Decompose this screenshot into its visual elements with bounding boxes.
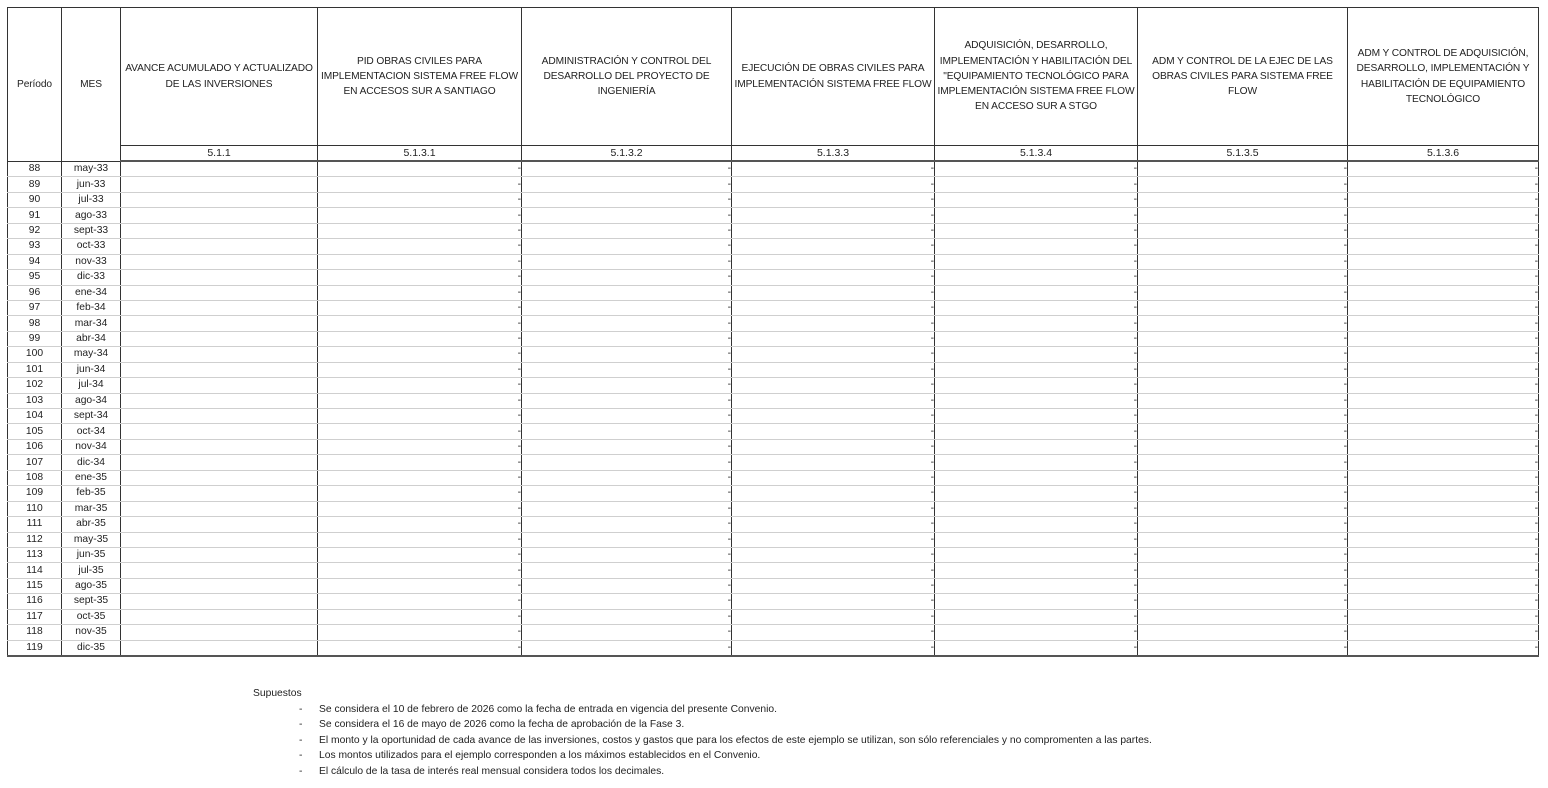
cell-value: - (1138, 578, 1348, 593)
table-row: 92sept-33------ (8, 223, 1539, 238)
cell-mes: ago-34 (62, 393, 121, 408)
cell-value: - (732, 439, 935, 454)
cell-value: - (1138, 424, 1348, 439)
cell-value (121, 331, 318, 346)
cell-value: - (318, 331, 522, 346)
cell-periodo: 112 (8, 532, 62, 547)
note-item: -El monto y la oportunidad de cada avanc… (253, 733, 1152, 749)
cell-mes: mar-35 (62, 501, 121, 516)
cell-value: - (935, 455, 1138, 470)
cell-value: - (935, 517, 1138, 532)
table-row: 94nov-33------ (8, 254, 1539, 269)
cell-value: - (318, 378, 522, 393)
cell-value: - (935, 161, 1138, 177)
cell-value (121, 393, 318, 408)
cell-mes: ago-33 (62, 208, 121, 223)
cell-value: - (732, 470, 935, 485)
cell-value: - (1348, 517, 1539, 532)
cell-value (121, 300, 318, 315)
cell-value: - (1348, 316, 1539, 331)
cell-value: - (318, 439, 522, 454)
code-5-1-3-2: 5.1.3.2 (522, 146, 732, 162)
note-item: -Los montos utilizados para el ejemplo c… (253, 748, 1152, 764)
cell-value: - (732, 300, 935, 315)
cell-mes: jun-35 (62, 547, 121, 562)
table-row: 103ago-34------ (8, 393, 1539, 408)
cell-value (121, 578, 318, 593)
cell-value (121, 547, 318, 562)
cell-value: - (1138, 177, 1348, 192)
cell-value: - (1348, 223, 1539, 238)
cell-value: - (1348, 424, 1539, 439)
cell-mes: dic-33 (62, 270, 121, 285)
cell-value: - (1138, 439, 1348, 454)
cell-value (121, 563, 318, 578)
cell-periodo: 115 (8, 578, 62, 593)
bullet-dash: - (299, 702, 302, 718)
cell-value (121, 208, 318, 223)
cell-value: - (318, 285, 522, 300)
cell-value (121, 347, 318, 362)
cell-value: - (935, 316, 1138, 331)
cell-value (121, 424, 318, 439)
cell-periodo: 89 (8, 177, 62, 192)
cell-value: - (1138, 640, 1348, 656)
header-5-1-1: AVANCE ACUMULADO Y ACTUALIZADO DE LAS IN… (121, 8, 318, 146)
cell-value: - (522, 254, 732, 269)
cell-value: - (318, 409, 522, 424)
cell-mes: sept-33 (62, 223, 121, 238)
cell-value: - (732, 594, 935, 609)
cell-value (121, 362, 318, 377)
investment-schedule-table: Período MES AVANCE ACUMULADO Y ACTUALIZA… (7, 7, 1539, 657)
note-text: Los montos utilizados para el ejemplo co… (319, 750, 760, 761)
cell-value (121, 532, 318, 547)
note-item: -Se considera el 16 de mayo de 2026 como… (253, 717, 1152, 733)
notes-list: -Se considera el 10 de febrero de 2026 c… (253, 702, 1152, 780)
cell-mes: oct-35 (62, 609, 121, 624)
cell-mes: feb-34 (62, 300, 121, 315)
cell-periodo: 118 (8, 625, 62, 640)
cell-value: - (732, 424, 935, 439)
cell-value: - (935, 578, 1138, 593)
cell-value: - (1348, 239, 1539, 254)
cell-value: - (1138, 470, 1348, 485)
table-row: 113jun-35------ (8, 547, 1539, 562)
cell-value: - (1138, 409, 1348, 424)
cell-mes: dic-34 (62, 455, 121, 470)
cell-value: - (732, 517, 935, 532)
table-row: 91ago-33------ (8, 208, 1539, 223)
header-mes: MES (62, 8, 121, 162)
cell-value (121, 409, 318, 424)
cell-value: - (1138, 378, 1348, 393)
cell-value: - (732, 362, 935, 377)
cell-value: - (522, 347, 732, 362)
table-row: 100may-34------ (8, 347, 1539, 362)
cell-periodo: 99 (8, 331, 62, 346)
cell-value: - (935, 300, 1138, 315)
cell-value: - (1348, 640, 1539, 656)
cell-value: - (522, 378, 732, 393)
table-row: 108ene-35------ (8, 470, 1539, 485)
cell-value: - (732, 347, 935, 362)
cell-value: - (1348, 625, 1539, 640)
cell-value: - (732, 578, 935, 593)
cell-value (121, 640, 318, 656)
cell-value: - (935, 547, 1138, 562)
cell-value: - (318, 563, 522, 578)
cell-value: - (935, 192, 1138, 207)
cell-mes: may-33 (62, 161, 121, 177)
cell-periodo: 97 (8, 300, 62, 315)
cell-value: - (318, 223, 522, 238)
cell-mes: mar-34 (62, 316, 121, 331)
table-row: 106nov-34------ (8, 439, 1539, 454)
bullet-dash: - (299, 764, 302, 780)
cell-value (121, 316, 318, 331)
table-row: 95dic-33------ (8, 270, 1539, 285)
cell-value: - (318, 177, 522, 192)
note-text: Se considera el 16 de mayo de 2026 como … (319, 719, 684, 730)
cell-value: - (318, 640, 522, 656)
cell-periodo: 101 (8, 362, 62, 377)
cell-periodo: 104 (8, 409, 62, 424)
cell-value: - (935, 285, 1138, 300)
cell-value: - (1348, 285, 1539, 300)
cell-value: - (1138, 270, 1348, 285)
cell-mes: dic-35 (62, 640, 121, 656)
note-text: El cálculo de la tasa de interés real me… (319, 766, 664, 777)
table-row: 97feb-34------ (8, 300, 1539, 315)
cell-value: - (935, 625, 1138, 640)
cell-mes: oct-34 (62, 424, 121, 439)
cell-value: - (1138, 331, 1348, 346)
cell-value: - (935, 208, 1138, 223)
cell-value: - (935, 563, 1138, 578)
cell-value: - (522, 439, 732, 454)
cell-value: - (1348, 177, 1539, 192)
cell-value (121, 223, 318, 238)
cell-value: - (318, 517, 522, 532)
cell-value: - (1138, 300, 1348, 315)
header-5-1-3-4: ADQUISICIÓN, DESARROLLO, IMPLEMENTACIÓN … (935, 8, 1138, 146)
cell-value: - (318, 455, 522, 470)
cell-value: - (318, 424, 522, 439)
cell-value: - (522, 192, 732, 207)
cell-value: - (935, 594, 1138, 609)
cell-periodo: 114 (8, 563, 62, 578)
cell-value (121, 239, 318, 254)
cell-value: - (1348, 532, 1539, 547)
cell-value: - (1138, 486, 1348, 501)
cell-mes: jun-34 (62, 362, 121, 377)
cell-value: - (732, 331, 935, 346)
cell-value (121, 192, 318, 207)
cell-value: - (732, 532, 935, 547)
note-text: El monto y la oportunidad de cada avance… (319, 735, 1152, 746)
cell-mes: jul-35 (62, 563, 121, 578)
table-row: 111abr-35------ (8, 517, 1539, 532)
cell-value: - (935, 486, 1138, 501)
table-row: 110mar-35------ (8, 501, 1539, 516)
cell-value: - (935, 347, 1138, 362)
cell-value: - (935, 501, 1138, 516)
cell-value: - (935, 424, 1138, 439)
cell-periodo: 116 (8, 594, 62, 609)
table-row: 109feb-35------ (8, 486, 1539, 501)
cell-mes: nov-34 (62, 439, 121, 454)
bullet-dash: - (299, 733, 302, 749)
cell-value: - (318, 393, 522, 408)
cell-value: - (318, 192, 522, 207)
table-row: 114jul-35------ (8, 563, 1539, 578)
cell-mes: feb-35 (62, 486, 121, 501)
cell-value: - (935, 470, 1138, 485)
cell-value: - (935, 177, 1138, 192)
cell-value: - (318, 470, 522, 485)
cell-mes: ene-35 (62, 470, 121, 485)
table-row: 96ene-34------ (8, 285, 1539, 300)
table-row: 107dic-34------ (8, 455, 1539, 470)
cell-value (121, 439, 318, 454)
cell-value: - (935, 239, 1138, 254)
note-item: -El cálculo de la tasa de interés real m… (253, 764, 1152, 780)
cell-value: - (318, 239, 522, 254)
cell-value: - (1138, 393, 1348, 408)
cell-value: - (1348, 192, 1539, 207)
cell-periodo: 90 (8, 192, 62, 207)
cell-mes: sept-34 (62, 409, 121, 424)
cell-value: - (318, 347, 522, 362)
cell-value: - (1348, 161, 1539, 177)
cell-value: - (522, 470, 732, 485)
cell-mes: oct-33 (62, 239, 121, 254)
cell-periodo: 111 (8, 517, 62, 532)
cell-value: - (522, 393, 732, 408)
header-5-1-3-2: ADMINISTRACIÓN Y CONTROL DEL DESARROLLO … (522, 8, 732, 146)
cell-value: - (1138, 563, 1348, 578)
cell-mes: may-34 (62, 347, 121, 362)
cell-value: - (522, 594, 732, 609)
cell-value (121, 625, 318, 640)
cell-value: - (522, 424, 732, 439)
cell-mes: nov-35 (62, 625, 121, 640)
cell-value: - (318, 532, 522, 547)
cell-value: - (522, 563, 732, 578)
cell-periodo: 103 (8, 393, 62, 408)
cell-value: - (1348, 378, 1539, 393)
cell-value: - (318, 300, 522, 315)
cell-value: - (318, 578, 522, 593)
cell-periodo: 96 (8, 285, 62, 300)
table-row: 93oct-33------ (8, 239, 1539, 254)
cell-value: - (318, 254, 522, 269)
cell-value: - (935, 439, 1138, 454)
cell-value: - (522, 547, 732, 562)
cell-value: - (732, 547, 935, 562)
cell-value: - (935, 362, 1138, 377)
cell-value: - (1138, 285, 1348, 300)
cell-value (121, 470, 318, 485)
cell-value: - (935, 331, 1138, 346)
cell-value: - (732, 625, 935, 640)
cell-value: - (732, 161, 935, 177)
cell-periodo: 113 (8, 547, 62, 562)
cell-value: - (1348, 609, 1539, 624)
cell-mes: ago-35 (62, 578, 121, 593)
cell-value: - (522, 609, 732, 624)
cell-value: - (1138, 547, 1348, 562)
cell-value: - (1138, 347, 1348, 362)
cell-value: - (1348, 563, 1539, 578)
cell-mes: sept-35 (62, 594, 121, 609)
cell-periodo: 88 (8, 161, 62, 177)
cell-value (121, 455, 318, 470)
cell-value (121, 594, 318, 609)
cell-value: - (522, 578, 732, 593)
cell-value: - (1348, 594, 1539, 609)
cell-value: - (522, 316, 732, 331)
cell-periodo: 92 (8, 223, 62, 238)
cell-value: - (318, 609, 522, 624)
header-5-1-3-6: ADM Y CONTROL DE ADQUISICIÓN, DESARROLLO… (1348, 8, 1539, 146)
cell-mes: jun-33 (62, 177, 121, 192)
cell-periodo: 93 (8, 239, 62, 254)
header-5-1-3-5: ADM Y CONTROL DE LA EJEC DE LAS OBRAS CI… (1138, 8, 1348, 146)
cell-value: - (1348, 347, 1539, 362)
cell-value: - (1348, 547, 1539, 562)
cell-periodo: 109 (8, 486, 62, 501)
cell-value: - (1138, 254, 1348, 269)
cell-value: - (318, 486, 522, 501)
header-5-1-3-1: PID OBRAS CIVILES PARA IMPLEMENTACION SI… (318, 8, 522, 146)
header-periodo: Período (8, 8, 62, 162)
cell-value: - (318, 208, 522, 223)
cell-value: - (1348, 470, 1539, 485)
cell-value (121, 501, 318, 516)
cell-value: - (1138, 455, 1348, 470)
cell-value: - (732, 486, 935, 501)
cell-mes: may-35 (62, 532, 121, 547)
cell-value: - (522, 331, 732, 346)
cell-value: - (1138, 517, 1348, 532)
cell-value: - (1348, 254, 1539, 269)
cell-value: - (522, 455, 732, 470)
cell-value: - (732, 640, 935, 656)
cell-periodo: 100 (8, 347, 62, 362)
cell-value: - (1138, 609, 1348, 624)
cell-value: - (935, 640, 1138, 656)
cell-value: - (522, 177, 732, 192)
cell-value: - (318, 501, 522, 516)
cell-periodo: 107 (8, 455, 62, 470)
cell-value: - (935, 609, 1138, 624)
code-5-1-3-5: 5.1.3.5 (1138, 146, 1348, 162)
cell-periodo: 95 (8, 270, 62, 285)
cell-value: - (935, 393, 1138, 408)
table-row: 118nov-35------ (8, 625, 1539, 640)
cell-value: - (732, 563, 935, 578)
cell-value: - (1138, 532, 1348, 547)
table-row: 104sept-34------ (8, 409, 1539, 424)
cell-value: - (732, 208, 935, 223)
cell-value: - (1348, 270, 1539, 285)
cell-value: - (522, 501, 732, 516)
header-5-1-3-3: EJECUCIÓN DE OBRAS CIVILES PARA IMPLEMEN… (732, 8, 935, 146)
cell-value: - (318, 270, 522, 285)
header-row: Período MES AVANCE ACUMULADO Y ACTUALIZA… (8, 8, 1539, 146)
code-5-1-3-4: 5.1.3.4 (935, 146, 1138, 162)
cell-value: - (522, 270, 732, 285)
cell-value (121, 609, 318, 624)
cell-value: - (318, 625, 522, 640)
cell-value (121, 177, 318, 192)
cell-value: - (522, 208, 732, 223)
cell-value: - (522, 362, 732, 377)
code-row: 5.1.1 5.1.3.1 5.1.3.2 5.1.3.3 5.1.3.4 5.… (8, 146, 1539, 162)
cell-value: - (732, 455, 935, 470)
cell-mes: nov-33 (62, 254, 121, 269)
cell-value: - (1138, 625, 1348, 640)
cell-value: - (318, 594, 522, 609)
table-row: 90jul-33------ (8, 192, 1539, 207)
cell-value: - (1138, 223, 1348, 238)
cell-value: - (522, 486, 732, 501)
cell-value: - (732, 316, 935, 331)
cell-value: - (1138, 362, 1348, 377)
cell-value: - (1138, 208, 1348, 223)
cell-value (121, 285, 318, 300)
cell-periodo: 110 (8, 501, 62, 516)
cell-value: - (1348, 300, 1539, 315)
cell-value: - (1348, 393, 1539, 408)
cell-value: - (935, 270, 1138, 285)
code-5-1-3-6: 5.1.3.6 (1348, 146, 1539, 162)
cell-value: - (522, 409, 732, 424)
cell-value: - (1138, 161, 1348, 177)
cell-value (121, 378, 318, 393)
cell-value (121, 486, 318, 501)
cell-value: - (1138, 594, 1348, 609)
cell-periodo: 102 (8, 378, 62, 393)
table-body: 88may-33------89jun-33------90jul-33----… (8, 161, 1539, 656)
cell-value: - (522, 300, 732, 315)
cell-value: - (522, 517, 732, 532)
cell-periodo: 105 (8, 424, 62, 439)
table-row: 99abr-34------ (8, 331, 1539, 346)
bullet-dash: - (299, 748, 302, 764)
cell-value: - (1348, 578, 1539, 593)
cell-periodo: 94 (8, 254, 62, 269)
cell-value (121, 161, 318, 177)
cell-value (121, 517, 318, 532)
cell-mes: abr-34 (62, 331, 121, 346)
cell-value: - (732, 609, 935, 624)
cell-value: - (522, 223, 732, 238)
cell-periodo: 98 (8, 316, 62, 331)
table-row: 98mar-34------ (8, 316, 1539, 331)
table-row: 88may-33------ (8, 161, 1539, 177)
cell-value: - (732, 393, 935, 408)
cell-value: - (318, 362, 522, 377)
table-row: 119dic-35------ (8, 640, 1539, 656)
cell-value: - (522, 532, 732, 547)
table-row: 105oct-34------ (8, 424, 1539, 439)
cell-value: - (318, 161, 522, 177)
table-row: 117oct-35------ (8, 609, 1539, 624)
cell-periodo: 106 (8, 439, 62, 454)
